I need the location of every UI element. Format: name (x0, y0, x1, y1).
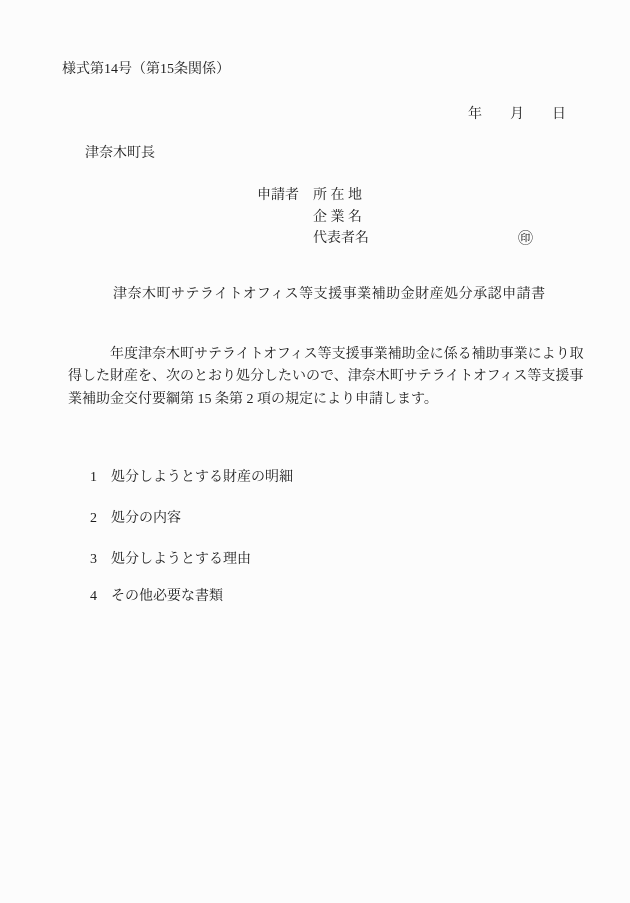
body-line-3: 業補助金交付要綱第 15 条第 2 項の規定により申請します。 (68, 389, 568, 411)
body-line-1: 年度津奈木町サテライトオフィス等支援事業補助金に係る補助事業により取 (68, 344, 568, 366)
applicant-company-label: 企 業 名 (313, 207, 369, 229)
list-item-number: 3 (90, 552, 97, 568)
list-item-number: 2 (90, 511, 97, 527)
list-item-text: 処分の内容 (111, 511, 181, 526)
applicant-fields: 所 在 地 企 業 名 代表者名 (313, 185, 369, 250)
applicant-representative-label: 代表者名 (313, 228, 369, 250)
date-line: 年 月 日 (468, 103, 566, 123)
list-item-number: 1 (90, 470, 97, 486)
document-page: 様式第14号（第15条関係） 年 月 日 津奈木町長 申請者 所 在 地 企 業… (0, 0, 630, 903)
body-line-2: 得した財産を、次のとおり処分したいので、津奈木町サテライトオフィス等支援事 (68, 366, 568, 388)
applicant-address-label: 所 在 地 (313, 185, 369, 207)
document-title: 津奈木町サテライトオフィス等支援事業補助金財産処分承認申請書 (113, 283, 546, 303)
form-number: 様式第14号（第15条関係） (62, 58, 230, 78)
body-paragraph: 年度津奈木町サテライトオフィス等支援事業補助金に係る補助事業により取 得した財産… (68, 344, 568, 411)
list-item-text: 処分しようとする理由 (111, 552, 251, 567)
list-item-text: その他必要な書類 (111, 589, 223, 604)
seal-icon: ㊞ (518, 227, 533, 248)
list-item-other-documents: 4その他必要な書類 (76, 569, 223, 621)
applicant-label: 申請者 (257, 185, 299, 207)
list-item-number: 4 (90, 589, 97, 605)
applicant-block: 申請者 所 在 地 企 業 名 代表者名 (257, 185, 369, 250)
addressee: 津奈木町長 (85, 142, 155, 162)
list-item-text: 処分しようとする財産の明細 (111, 470, 293, 485)
